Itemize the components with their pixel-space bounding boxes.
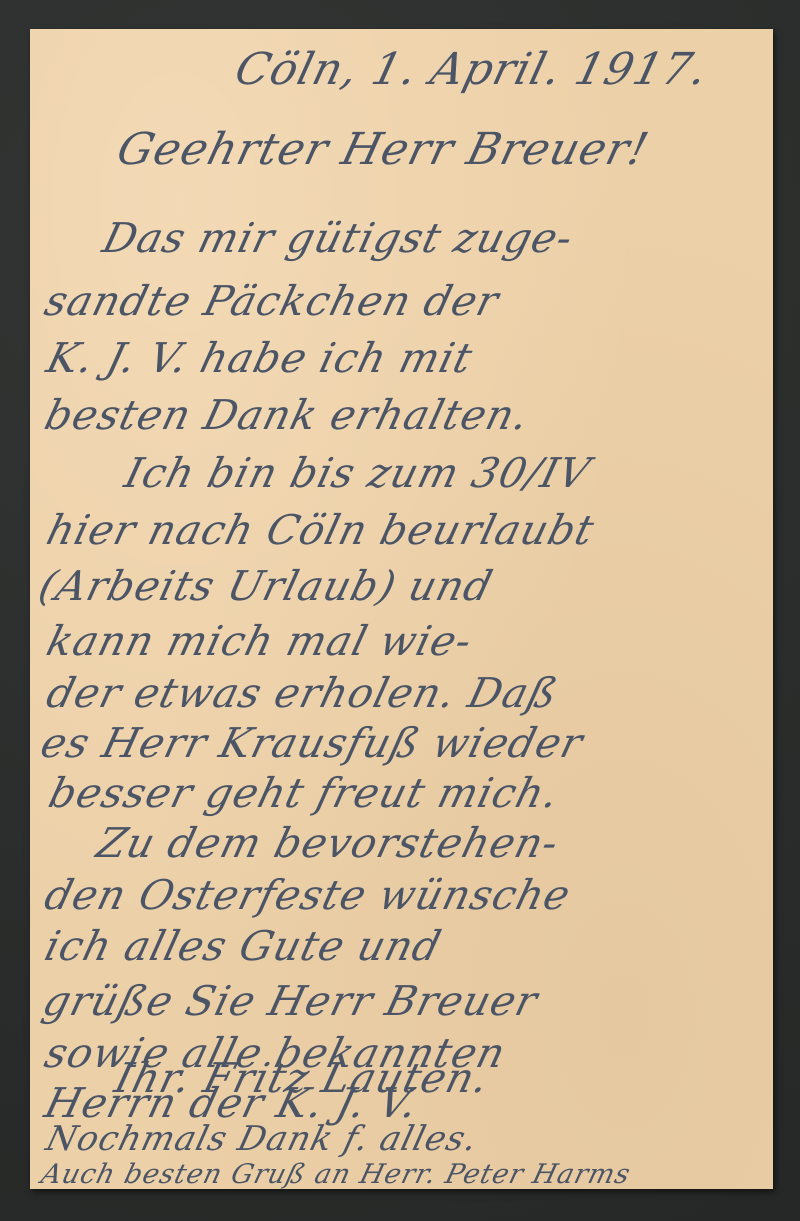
body-line: Ich bin bis zum 30/IV (120, 449, 596, 497)
postcard: Cöln, 1. April. 1917. Geehrter Herr Breu… (30, 29, 773, 1189)
body-line: der etwas erholen. Daß (42, 669, 563, 717)
body-line: ich alles Gute und (40, 922, 446, 970)
body-line: es Herr Krausfuß wieder (36, 719, 588, 767)
body-line: grüße Sie Herr Breuer (38, 977, 543, 1025)
body-line: den Osterfeste wünsche (40, 871, 576, 919)
signature-line: Ihr. Fritz Lauten. (110, 1054, 494, 1102)
body-line: sandte Päckchen der (40, 277, 504, 325)
body-line: besser geht freut mich. (44, 769, 564, 817)
body-line: (Arbeits Urlaub) und (34, 562, 498, 610)
body-line: hier nach Cöln beurlaubt (42, 506, 599, 554)
body-line: kann mich mal wie- (42, 617, 477, 665)
date-line: Cöln, 1. April. 1917. (230, 44, 713, 95)
postscript-line: Nochmals Dank f. alles. (42, 1119, 482, 1159)
postscript-line: Auch besten Gruß an Herr. Peter Harms (38, 1159, 634, 1190)
body-line: K. J. V. habe ich mit (42, 334, 478, 382)
body-line: Zu dem bevorstehen- (92, 819, 564, 867)
body-line: Das mir gütigst zuge- (98, 214, 578, 262)
body-line: besten Dank erhalten. (40, 391, 534, 439)
salutation-line: Geehrter Herr Breuer! (112, 124, 654, 175)
